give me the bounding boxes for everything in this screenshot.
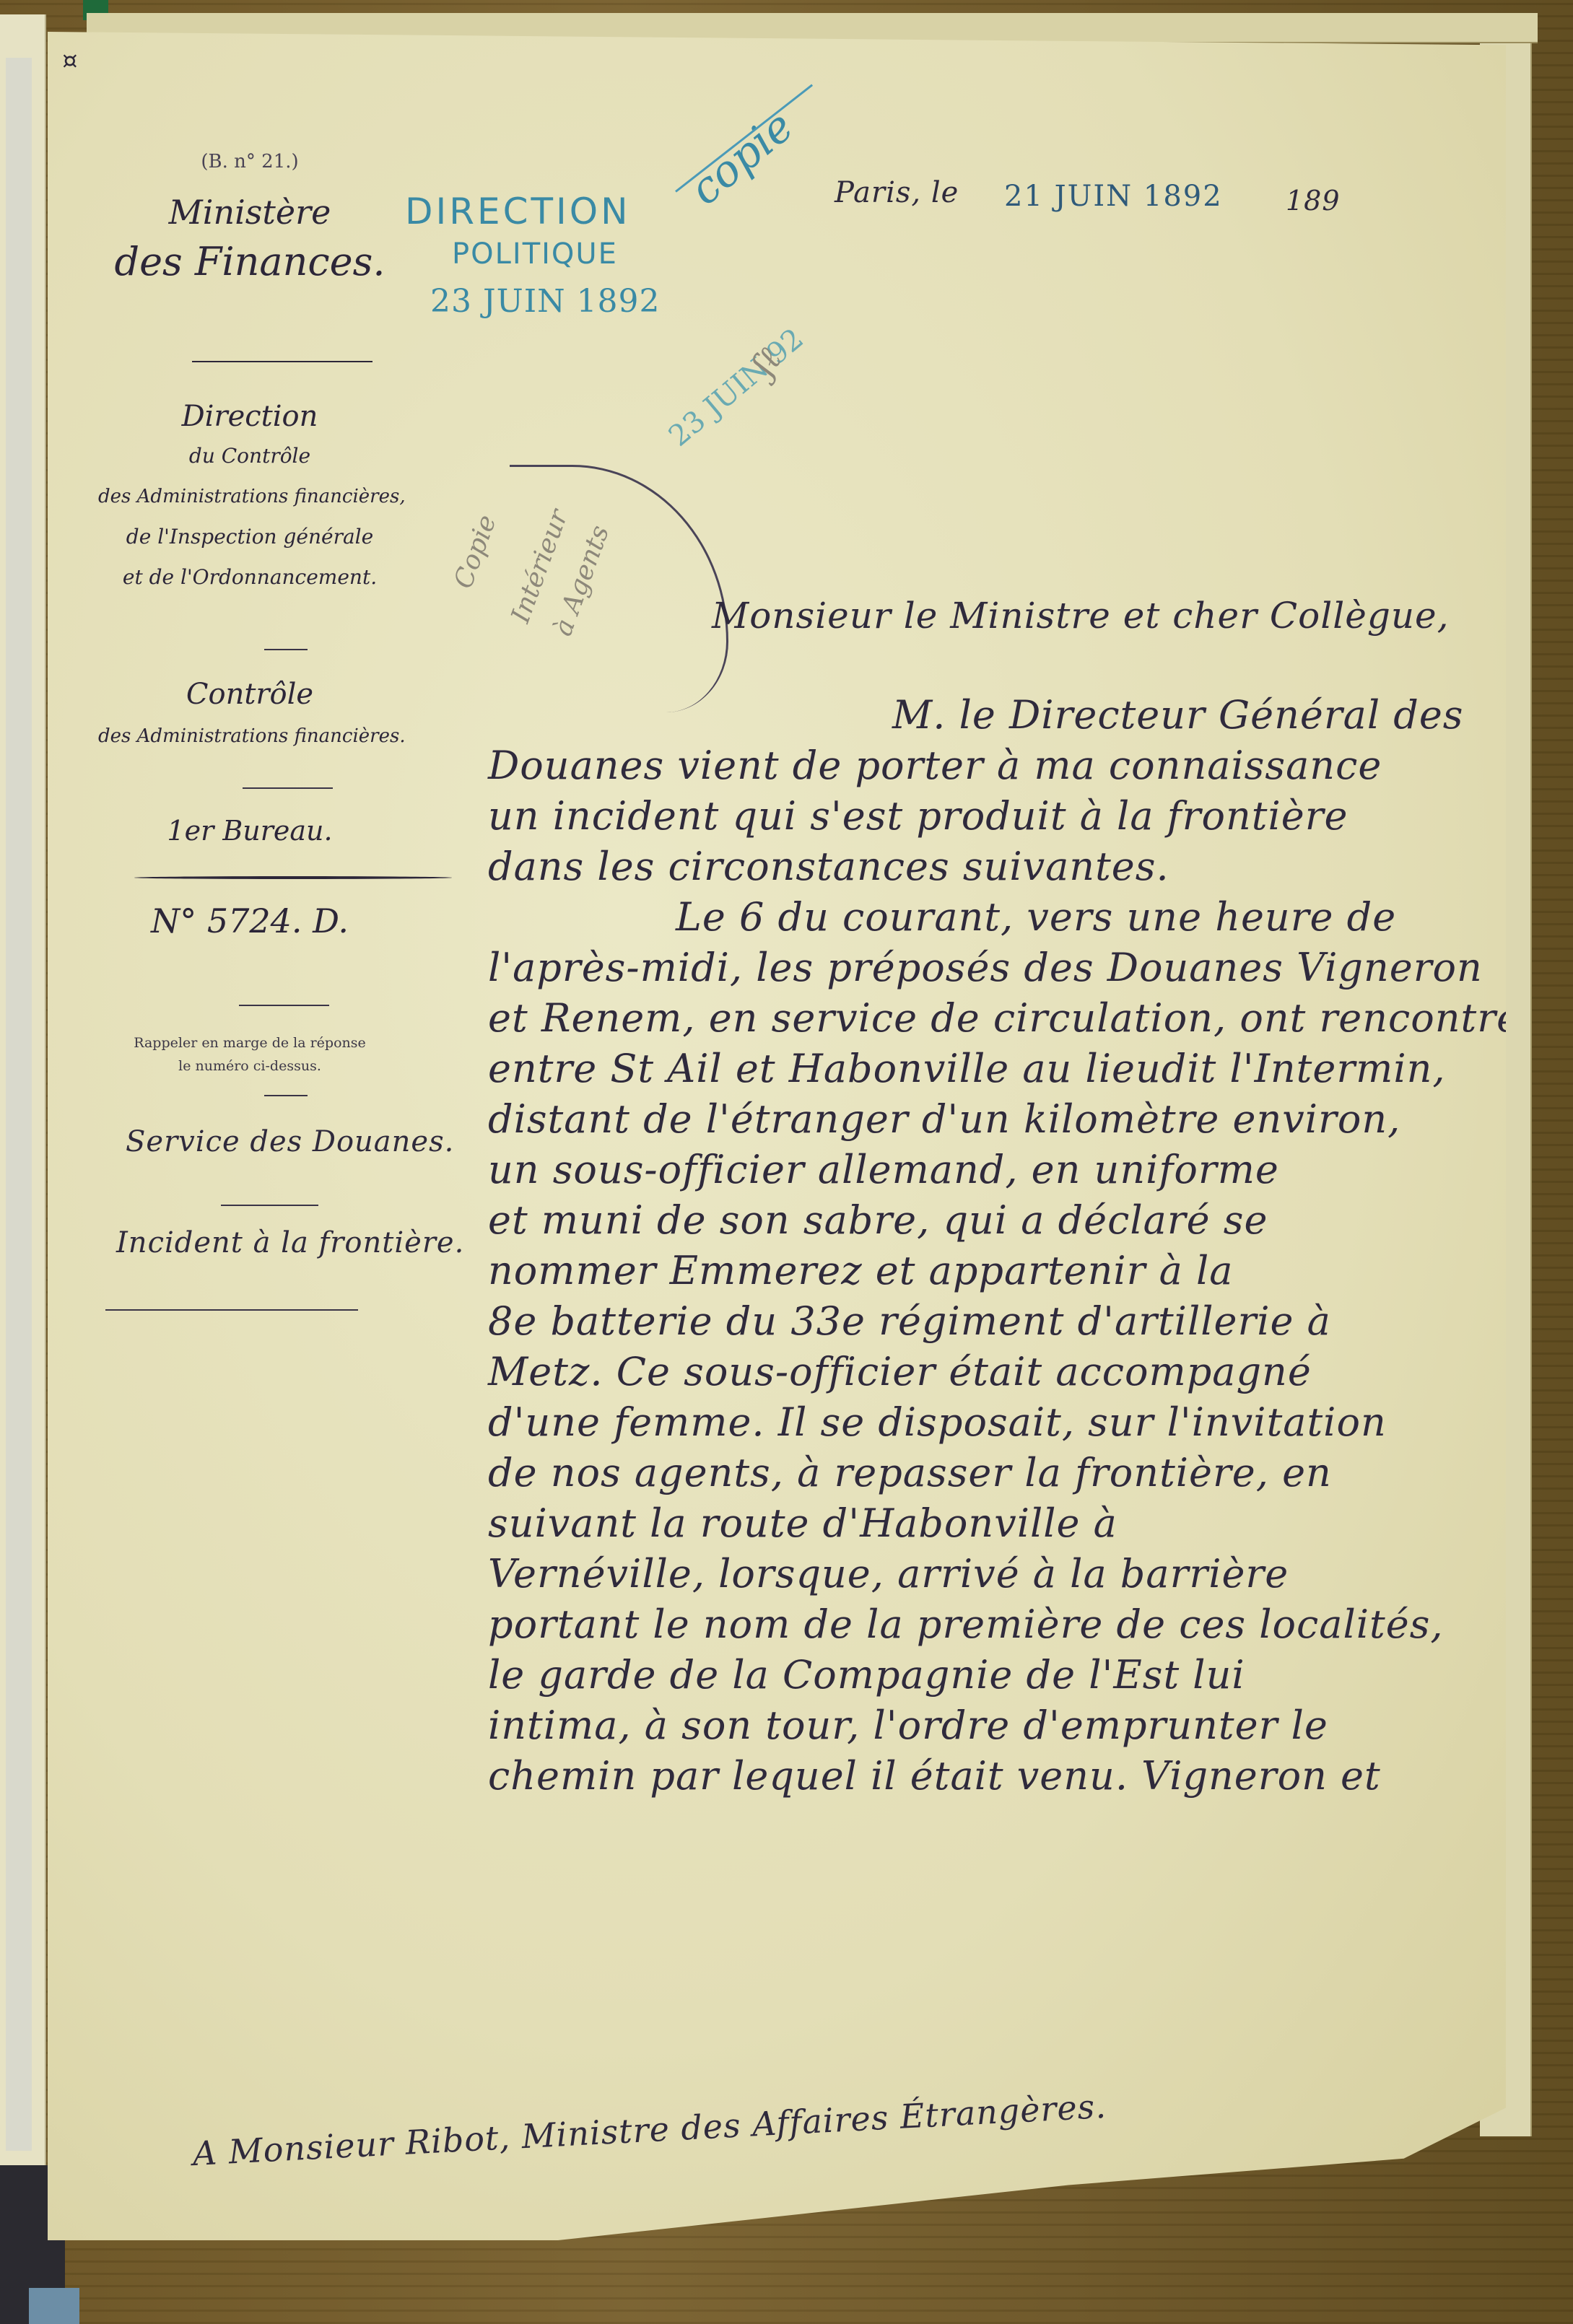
divider xyxy=(221,1205,318,1206)
secondary-stamp: 23 JUIN 92 xyxy=(663,322,810,453)
letter-body: M. le Directeur Général des Douanes vien… xyxy=(488,692,1520,1804)
direction-block: Direction du Contrôle des Administration… xyxy=(98,400,401,598)
divider xyxy=(264,1095,308,1096)
dateline-year-suffix: 189 xyxy=(1286,185,1341,217)
corner-mark: ¤ xyxy=(62,46,78,75)
bureau-label: 1er Bureau. xyxy=(98,815,401,847)
ornamental-divider xyxy=(134,876,452,879)
direction-title: Direction xyxy=(98,400,401,433)
body-line: l'après-midi, les préposés des Douanes V… xyxy=(488,945,1520,995)
body-line: M. le Directeur Général des xyxy=(488,692,1520,743)
body-line: Metz. Ce sous-officier était accompagné xyxy=(488,1349,1520,1399)
controle-block: Contrôle des Administrations financières… xyxy=(98,678,401,747)
body-line: intima, à son tour, l'ordre d'emprunter … xyxy=(488,1703,1520,1753)
body-line: suivant la route d'Habonville à xyxy=(488,1500,1520,1551)
ink-bracket xyxy=(510,465,728,712)
divider xyxy=(264,649,308,650)
pencil-note-line: Copie xyxy=(448,511,502,593)
folder-corner xyxy=(29,2288,79,2324)
controle-line: des Administrations financières. xyxy=(98,725,401,747)
body-line: dans les circonstances suivantes. xyxy=(488,844,1520,894)
reference-number: N° 5724. D. xyxy=(98,901,401,940)
body-line: portant le nom de la première de ces loc… xyxy=(488,1602,1520,1652)
direction-line: du Contrôle xyxy=(98,436,401,476)
divider xyxy=(105,1309,358,1311)
adjacent-page-left xyxy=(0,14,46,2165)
reminder-line-1: Rappeler en marge de la réponse xyxy=(98,1031,401,1054)
controle-title: Contrôle xyxy=(98,678,401,711)
dateline-prefix: Paris, le xyxy=(835,176,959,209)
body-line: et Renem, en service de circulation, ont… xyxy=(488,995,1520,1046)
body-line: un incident qui s'est produit à la front… xyxy=(488,793,1520,844)
stamp-received-date: 23 JUIN 1892 xyxy=(430,283,661,320)
body-line: Vernéville, lorsque, arrivé à la barrièr… xyxy=(488,1551,1520,1602)
body-line: d'une femme. Il se disposait, sur l'invi… xyxy=(488,1399,1520,1450)
divider xyxy=(239,1005,329,1006)
divider xyxy=(243,787,333,789)
ministry-line-1: Ministère xyxy=(98,193,401,232)
letterhead: (B. n° 21.) Ministère des Finances. xyxy=(98,151,401,284)
salutation: Monsieur le Ministre et cher Collègue, xyxy=(712,595,1450,637)
reminder-line-2: le numéro ci-dessus. xyxy=(98,1054,401,1078)
addressee: A Monsieur Ribot, Ministre des Affaires … xyxy=(191,2087,1107,2173)
reminder-note: Rappeler en marge de la réponse le numér… xyxy=(98,1031,401,1078)
direction-line: et de l'Ordonnancement. xyxy=(98,557,401,598)
body-line: 8e batterie du 33e régiment d'artillerie… xyxy=(488,1298,1520,1349)
body-line: de nos agents, à repasser la frontière, … xyxy=(488,1450,1520,1500)
direction-line: des Administrations financières, xyxy=(98,476,401,517)
stamp-politique: POLITIQUE xyxy=(452,237,618,271)
stamp-direction: DIRECTION xyxy=(405,191,631,232)
form-number: (B. n° 21.) xyxy=(98,151,401,172)
body-line: Douanes vient de porter à ma connaissanc… xyxy=(488,743,1520,793)
subject-line-1: Service des Douanes. xyxy=(126,1125,454,1158)
body-line: distant de l'étranger d'un kilomètre env… xyxy=(488,1096,1520,1147)
body-line: un sous-officier allemand, en uniforme xyxy=(488,1147,1520,1197)
blue-annotation-copie: copie xyxy=(681,101,803,215)
body-line: nommer Emmerez et appartenir à la xyxy=(488,1248,1520,1298)
body-line: entre St Ail et Habonville au lieudit l'… xyxy=(488,1046,1520,1096)
letter-page: ¤ (B. n° 21.) Ministère des Finances. Di… xyxy=(48,32,1506,2240)
body-line: Le 6 du courant, vers une heure de xyxy=(488,894,1520,945)
direction-line: de l'Inspection générale xyxy=(98,517,401,557)
dateline-date-stamp: 21 JUIN 1892 xyxy=(1004,180,1223,213)
ornamental-divider xyxy=(192,361,372,362)
ministry-line-2: des Finances. xyxy=(98,239,401,284)
subject-line-2: Incident à la frontière. xyxy=(116,1226,464,1259)
body-line: chemin par lequel il était venu. Vignero… xyxy=(488,1753,1520,1804)
body-line: le garde de la Compagnie de l'Est lui xyxy=(488,1652,1520,1703)
body-line: et muni de son sabre, qui a déclaré se xyxy=(488,1197,1520,1248)
